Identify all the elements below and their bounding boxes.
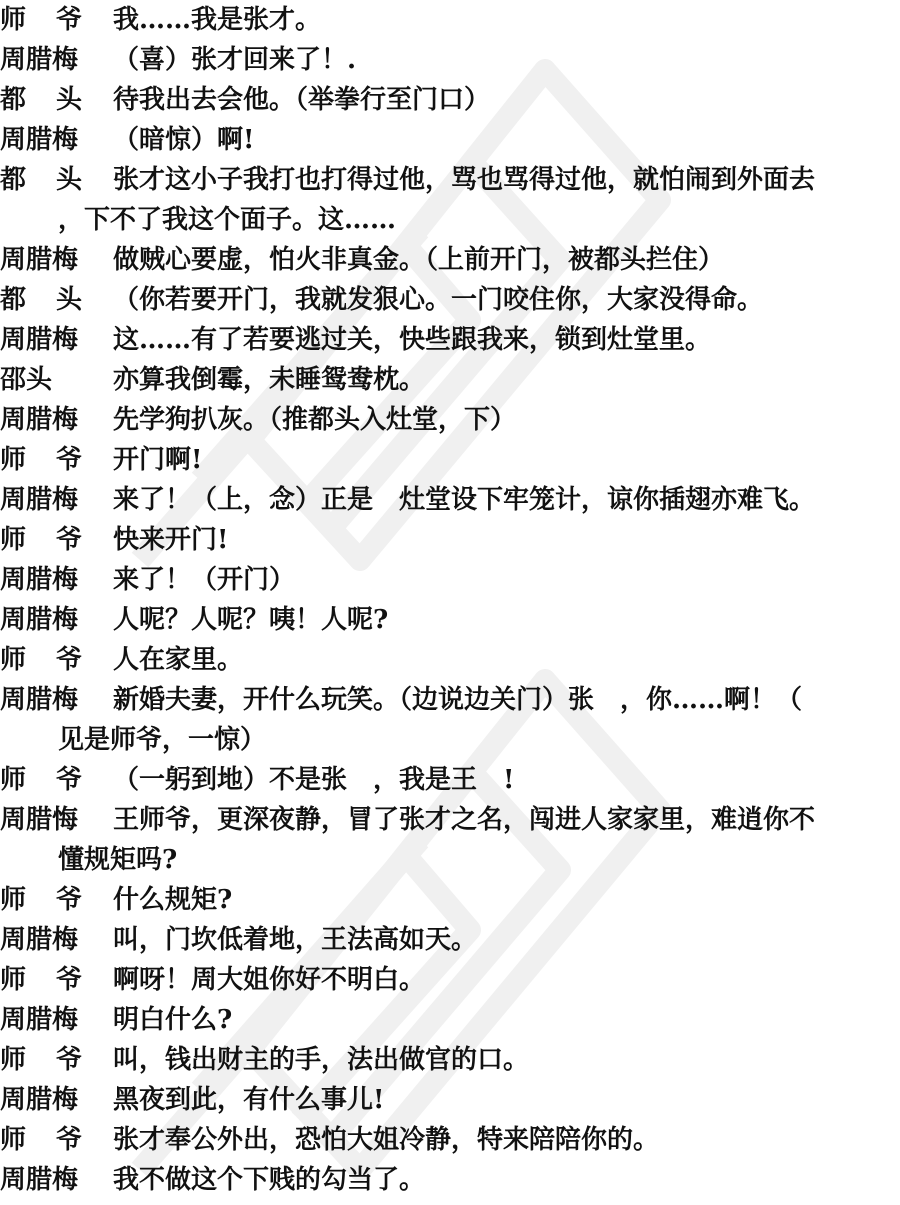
speaker-name: 都头 [0, 80, 110, 120]
dialogue-line: 都头待我出去会他。（举拳行至门口） [0, 80, 900, 120]
dialogue-line: 周腊梅来了！（上，念）正是 灶堂设下牢笼计，谅你插翅亦难飞。 [0, 480, 900, 520]
speech-text: 明白什么? [113, 1000, 232, 1040]
speaker-name: 师爷 [0, 1040, 110, 1080]
speech-text: 黑夜到此，有什么事儿! [113, 1080, 384, 1120]
dialogue-line: 师爷开门啊! [0, 440, 900, 480]
speaker-name: 师爷 [0, 440, 110, 480]
dialogue-line: 周腊梅（暗惊）啊! [0, 120, 900, 160]
speech-text: 来了！（上，念）正是 灶堂设下牢笼计，谅你插翅亦难飞。 [113, 480, 815, 520]
speaker-name: 周腊梅 [0, 1160, 110, 1200]
speech-text: 快来开门! [113, 520, 228, 560]
speaker-name: 周腊梅 [0, 600, 110, 640]
dialogue-line: 周腊梅（喜）张才回来了！. [0, 40, 900, 80]
speaker-name: 都头 [0, 280, 110, 320]
speaker-name: 周腊梅 [0, 1000, 110, 1040]
speaker-name: 周腊梅 [0, 120, 110, 160]
speech-text: 叫，门坎低着地，王法高如天。 [113, 920, 477, 960]
dialogue-line: 周腊梅来了！（开门） [0, 560, 900, 600]
speaker-name: 都头 [0, 160, 110, 200]
dialogue-line: 周腊梅先学狗扒灰。（推都头入灶堂，下） [0, 400, 900, 440]
speech-text: （暗惊）啊! [113, 120, 254, 160]
dialogue-continuation: 懂规矩吗? [0, 840, 900, 880]
dialogue-line: 都头张才这小子我打也打得过他，骂也骂得过他，就怕闹到外面去 [0, 160, 900, 200]
dialogue-line: 周腊梅我不做这个下贱的勾当了。 [0, 1160, 900, 1200]
speaker-name: 周腊梅 [0, 1080, 110, 1120]
dialogue-line: 师爷啊呀！周大姐你好不明白。 [0, 960, 900, 1000]
speaker-name: 周腊悔 [0, 800, 110, 840]
dialogue-line: 周腊悔王师爷，更深夜静，冒了张才之名，闯进人家家里，难逍你不 [0, 800, 900, 840]
speaker-name: 师爷 [0, 1120, 110, 1160]
speech-text: 懂规矩吗? [58, 840, 177, 880]
speaker-name: 邵头 [0, 360, 110, 400]
speaker-name: 师爷 [0, 520, 110, 560]
speech-text: 来了！（开门） [113, 560, 295, 600]
dialogue-line: 师爷快来开门! [0, 520, 900, 560]
speaker-name: 周腊梅 [0, 400, 110, 440]
dialogue-line: 周腊梅新婚夫妻，开什么玩笑。（边说边关门）张 ，你……啊！（ [0, 680, 900, 720]
dialogue-line: 周腊梅黑夜到此，有什么事儿! [0, 1080, 900, 1120]
speaker-name: 周腊梅 [0, 680, 110, 720]
speech-text: 新婚夫妻，开什么玩笑。（边说边关门）张 ，你……啊！（ [113, 680, 802, 720]
speech-text: 我不做这个下贱的勾当了。 [113, 1160, 425, 1200]
speech-text: 人呢？人呢？咦！人呢? [113, 600, 388, 640]
speech-text: 待我出去会他。（举拳行至门口） [113, 80, 490, 120]
dialogue-line: 邵头亦算我倒霉，未睡鸳鸯枕。 [0, 360, 900, 400]
dialogue-line: 周腊梅人呢？人呢？咦！人呢? [0, 600, 900, 640]
speaker-name: 周腊梅 [0, 560, 110, 600]
speaker-name: 师爷 [0, 960, 110, 1000]
dialogue-continuation: ，下不了我这个面子。这…… [0, 200, 900, 240]
speaker-name: 周腊梅 [0, 320, 110, 360]
speech-text: 先学狗扒灰。（推都头入灶堂，下） [113, 400, 516, 440]
speech-text: 这……有了若要逃过关，快些跟我来，锁到灶堂里。 [113, 320, 711, 360]
speech-text: 王师爷，更深夜静，冒了张才之名，闯进人家家里，难逍你不 [113, 800, 815, 840]
script-text: 师爷我……我是张才。周腊梅（喜）张才回来了！.都头待我出去会他。（举拳行至门口）… [0, 0, 900, 1200]
speech-text: 啊呀！周大姐你好不明白。 [113, 960, 425, 1000]
dialogue-line: 周腊梅明白什么? [0, 1000, 900, 1040]
speech-text: 叫，钱出财主的手，法出做官的口。 [113, 1040, 529, 1080]
speaker-name: 周腊梅 [0, 920, 110, 960]
speech-text: 开门啊! [113, 440, 202, 480]
dialogue-line: 周腊梅做贼心要虚，怕火非真金。（上前开门，被都头拦住） [0, 240, 900, 280]
speech-text: 我……我是张才。 [113, 0, 321, 40]
speech-text: 什么规矩? [113, 880, 232, 920]
dialogue-line: 师爷人在家里。 [0, 640, 900, 680]
speaker-name: 周腊梅 [0, 480, 110, 520]
speech-text: （喜）张才回来了！. [113, 40, 356, 80]
speech-text: （一躬到地）不是张 ，我是王 ! [113, 760, 514, 800]
speaker-name: 周腊梅 [0, 40, 110, 80]
dialogue-line: 周腊梅这……有了若要逃过关，快些跟我来，锁到灶堂里。 [0, 320, 900, 360]
dialogue-line: 都头（你若要开门，我就发狠心。一门咬住你，大家没得命。 [0, 280, 900, 320]
speech-text: 做贼心要虚，怕火非真金。（上前开门，被都头拦住） [113, 240, 724, 280]
speaker-name: 周腊梅 [0, 240, 110, 280]
speaker-name: 师爷 [0, 640, 110, 680]
dialogue-line: 师爷叫，钱出财主的手，法出做官的口。 [0, 1040, 900, 1080]
dialogue-continuation: 见是师爷，一惊） [0, 720, 900, 760]
dialogue-line: 师爷什么规矩? [0, 880, 900, 920]
speech-text: 张才这小子我打也打得过他，骂也骂得过他，就怕闹到外面去 [113, 160, 815, 200]
dialogue-line: 师爷（一躬到地）不是张 ，我是王 ! [0, 760, 900, 800]
speech-text: 见是师爷，一惊） [58, 720, 266, 760]
dialogue-line: 师爷张才奉公外出，恐怕大姐冷静，特来陪陪你的。 [0, 1120, 900, 1160]
dialogue-line: 周腊梅叫，门坎低着地，王法高如天。 [0, 920, 900, 960]
speech-text: ，下不了我这个面子。这…… [58, 200, 396, 240]
speaker-name: 师爷 [0, 0, 110, 40]
speech-text: 人在家里。 [113, 640, 243, 680]
speaker-name: 师爷 [0, 760, 110, 800]
speaker-name: 师爷 [0, 880, 110, 920]
speech-text: 亦算我倒霉，未睡鸳鸯枕。 [113, 360, 425, 400]
dialogue-line: 师爷我……我是张才。 [0, 0, 900, 40]
speech-text: 张才奉公外出，恐怕大姐冷静，特来陪陪你的。 [113, 1120, 659, 1160]
speech-text: （你若要开门，我就发狠心。一门咬住你，大家没得命。 [113, 280, 763, 320]
